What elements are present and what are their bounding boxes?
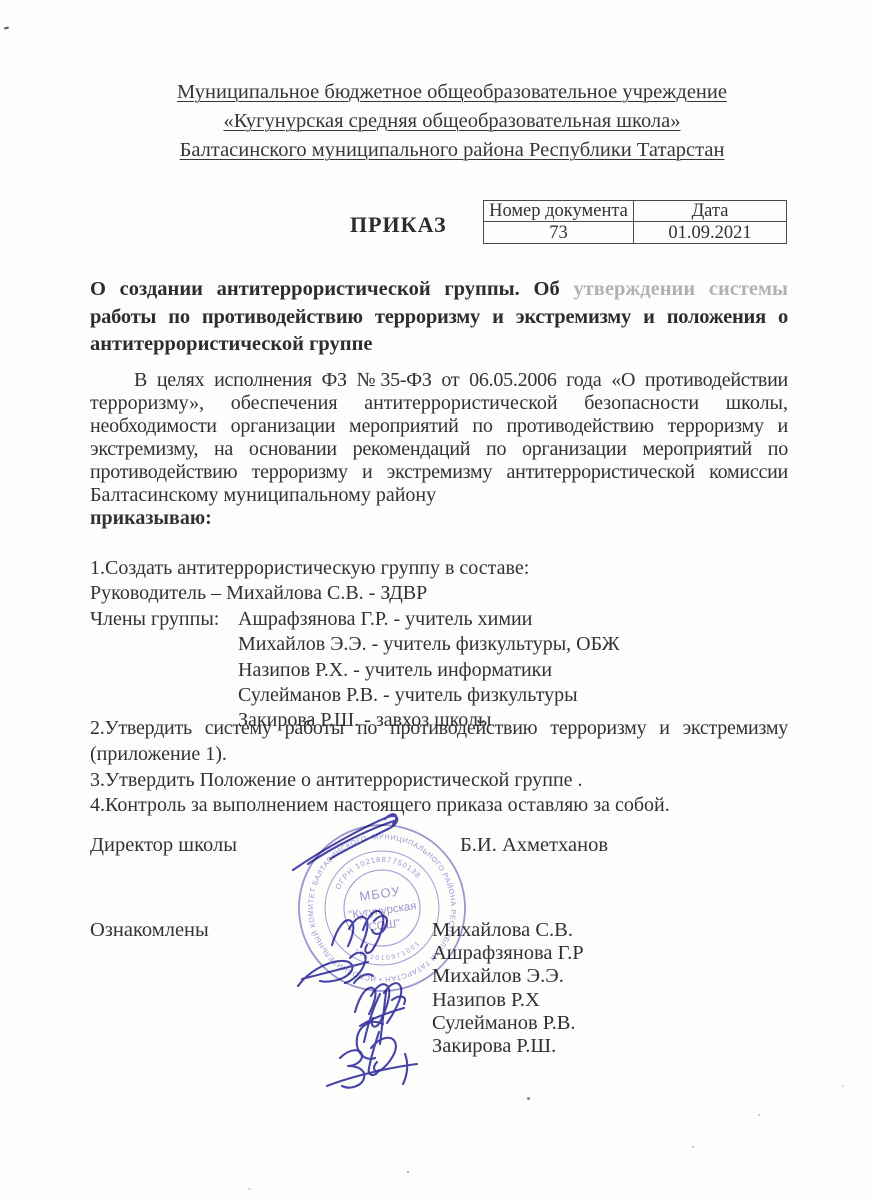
preamble-line: противодействию терроризму и экстремизму… — [90, 461, 788, 484]
signature-nazipov — [360, 992, 405, 1044]
scan-artifact — [407, 1171, 409, 1173]
item-1: 1.Создать антитеррористическую группу в … — [90, 556, 790, 581]
scan-artifact — [248, 1188, 251, 1190]
preamble-line: Балтасинскому муниципальному району — [90, 484, 788, 507]
order-title: ПРИКАЗ — [350, 212, 447, 238]
directive-word: приказываю: — [90, 507, 788, 530]
doc-number-header-cell: Номер документа — [484, 201, 634, 222]
letterhead-line-2: «Кугунурская средняя общеобразовательная… — [32, 107, 872, 136]
scan-artifact — [842, 1085, 844, 1087]
director-label: Директор школы — [90, 834, 237, 857]
preamble-line: экстремизму, на основании рекомендаций п… — [90, 438, 788, 461]
member-4: Сулейманов Р.В. - учитель физкультуры — [90, 683, 790, 708]
preamble-line: терроризму», обеспечения антитеррористич… — [90, 392, 788, 415]
preamble: В целях исполнения ФЗ №35-ФЗ от 06.05.20… — [90, 369, 788, 530]
subject-line-1: О создании антитеррористической группы. … — [90, 276, 788, 304]
doc-date-value: 01.09.2021 — [634, 222, 786, 243]
subject-line-3: антитеррористической группе — [90, 331, 788, 359]
item-2-line-2: (приложение 1). — [90, 742, 788, 768]
doc-date-header-cell: Дата — [634, 201, 786, 222]
item-2-line-1: 2.Утвердить систему работы по противодей… — [90, 716, 788, 742]
member-3: Назипов Р.Х. - учитель информатики — [90, 658, 790, 683]
scan-artifact — [4, 26, 9, 29]
scan-artifact — [692, 1146, 694, 1148]
members-label: Члены группы: — [90, 607, 238, 632]
signature-suleymanov — [357, 1022, 396, 1075]
signature-mikhaylova-sv — [332, 911, 387, 953]
letterhead-line-3: Балтасинского муниципального района Респ… — [32, 136, 872, 165]
scanned-order-document: Муниципальное бюджетное общеобразователь… — [0, 0, 872, 1200]
signature-mikhaylov-ee — [355, 983, 401, 1027]
order-item-1-block: 1.Создать антитеррористическую группу в … — [90, 556, 790, 734]
subject-line-2: работы по противодействию терроризму и э… — [90, 304, 788, 332]
signature-ashrafzyanova — [298, 953, 373, 986]
doc-number-table: Номер документа Дата 73 01.09.2021 — [483, 200, 787, 244]
letterhead-line-1: Муниципальное бюджетное общеобразователь… — [32, 78, 872, 107]
director-name: Б.И. Ахметханов — [460, 834, 608, 857]
preamble-line: необходимости организации мероприятий по… — [90, 415, 788, 438]
group-members-line: Члены группы:Ашрафзянова Г.Р. - учитель … — [90, 607, 790, 632]
acknowledged-label: Ознакомлены — [90, 919, 209, 942]
doc-number-value: 73 — [484, 222, 634, 243]
letterhead: Муниципальное бюджетное общеобразователь… — [32, 78, 872, 165]
scan-artifact — [758, 1114, 760, 1116]
preamble-line: В целях исполнения ФЗ №35-ФЗ от 06.05.20… — [90, 369, 788, 392]
faded-print-text: утверждении системы — [573, 278, 788, 300]
signature-director — [293, 814, 397, 870]
member-1: Ашрафзянова Г.Р. - учитель химии — [238, 608, 532, 630]
handwritten-signatures — [270, 790, 470, 1120]
group-leader-line: Руководитель – Михайлова С.В. - ЗДВР — [90, 581, 790, 606]
member-2: Михайлов Э.Э. - учитель физкультуры, ОБЖ — [90, 632, 790, 657]
scan-artifact — [527, 1097, 530, 1100]
order-subject: О создании антитеррористической группы. … — [90, 276, 788, 359]
